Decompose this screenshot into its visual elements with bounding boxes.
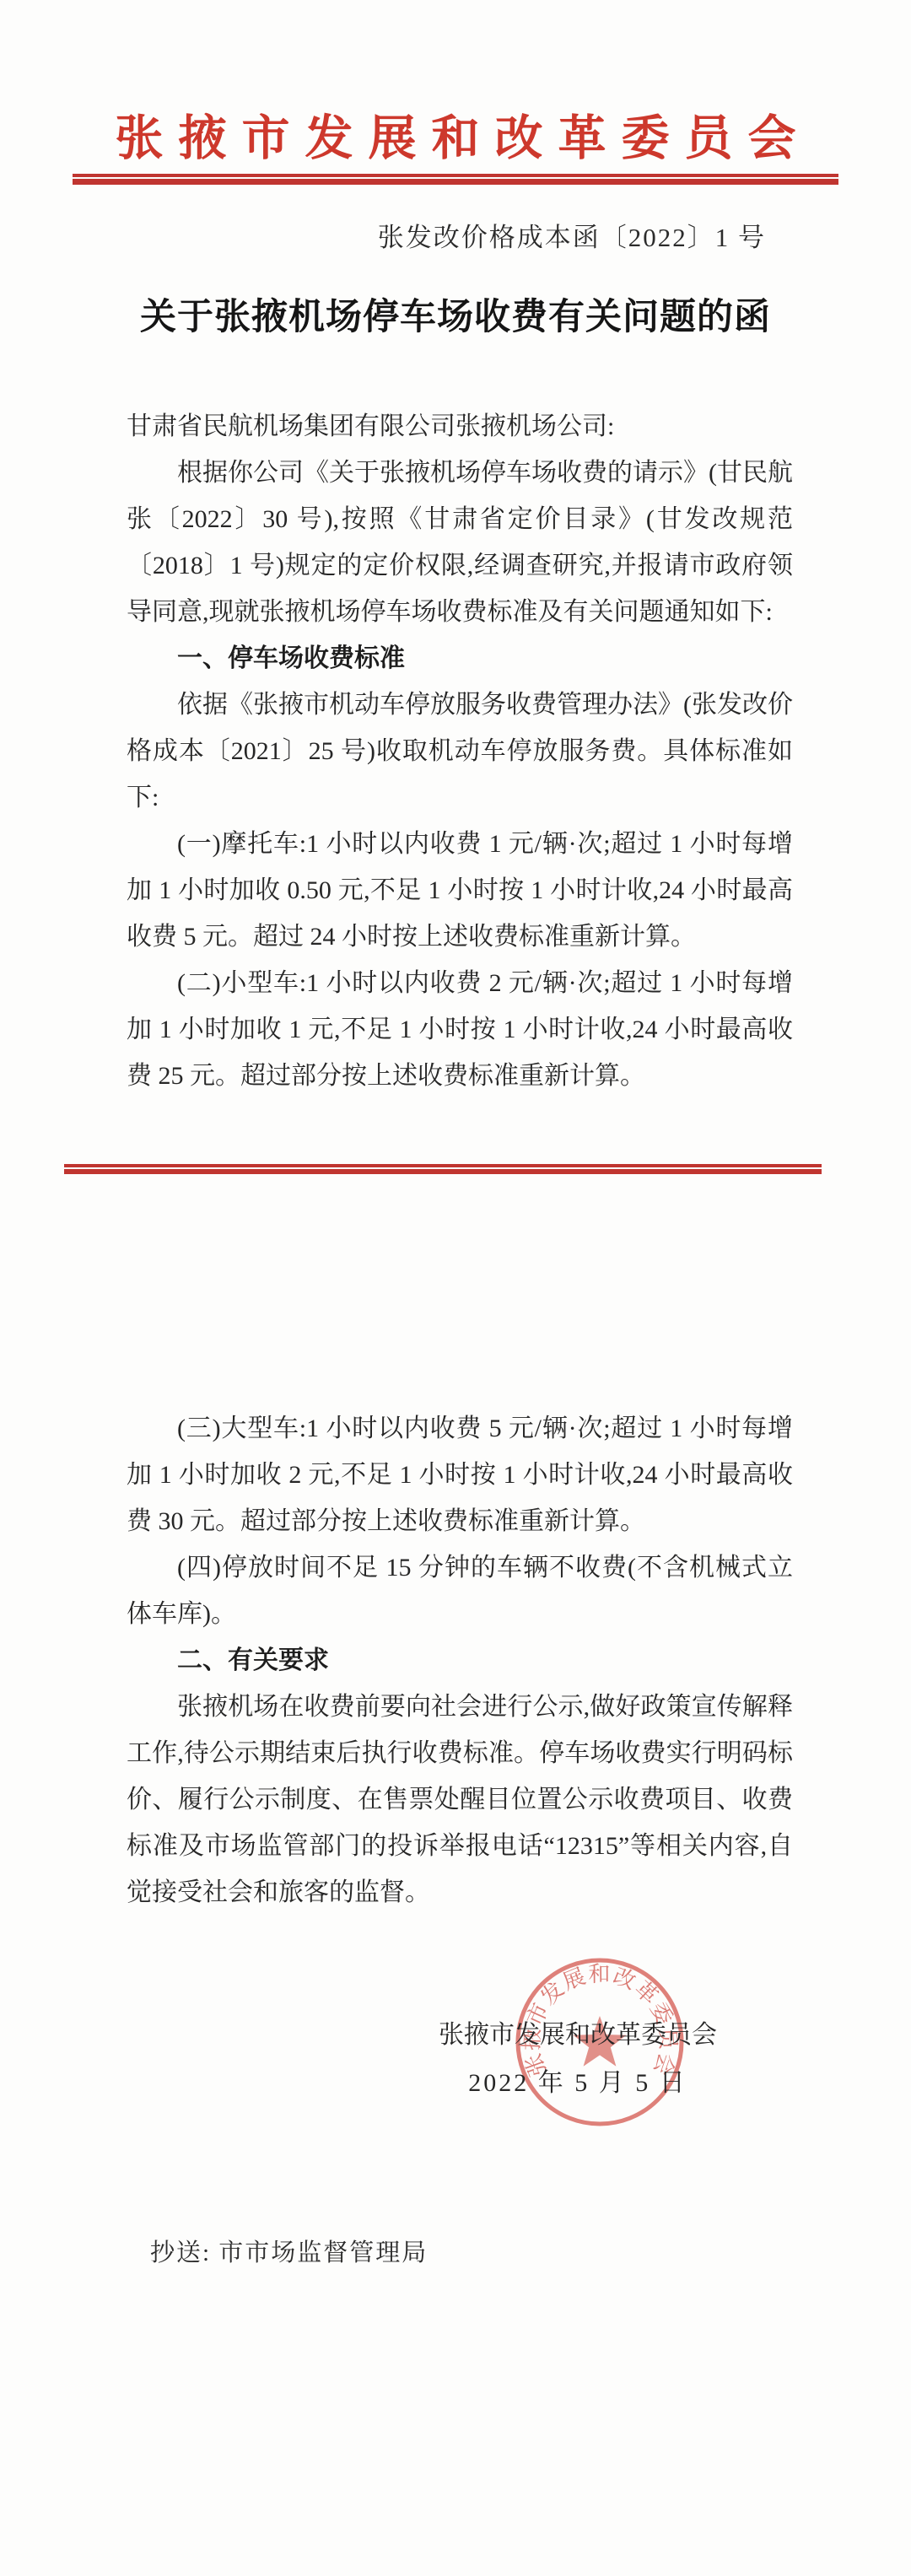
letterhead-org-name: 张掖市发展和改革委员会 <box>0 100 911 169</box>
document-page: 张掖市发展和改革委员会 张发改价格成本函〔2022〕1 号 关于张掖机场停车场收… <box>0 0 911 2576</box>
fee-item-free-15min: (四)停放时间不足 15 分钟的车辆不收费(不含机械式立体车库)。 <box>127 1544 793 1637</box>
document-title: 关于张掖机场停车场收费有关问题的函 <box>0 288 911 340</box>
fee-item-motorcycle: (一)摩托车:1 小时以内收费 1 元/辆·次;超过 1 小时每增加 1 小时加… <box>127 821 793 960</box>
page-separator-rule <box>64 1164 822 1174</box>
fee-item-large-vehicle: (三)大型车:1 小时以内收费 5 元/辆·次;超过 1 小时每增加 1 小时加… <box>127 1405 793 1544</box>
section-2-heading: 二、有关要求 <box>127 1637 793 1684</box>
body-part-1: 甘肃省民航机场集团有限公司张掖机场公司: 根据你公司《关于张掖机场停车场收费的请… <box>127 403 793 1099</box>
doc-reference-number: 张发改价格成本函〔2022〕1 号 <box>0 216 911 254</box>
signature-block: 张掖市发展和改革委员会 2022 年 5 月 5 日 <box>380 2011 776 2107</box>
section-1-heading: 一、停车场收费标准 <box>127 635 793 682</box>
salutation-line: 甘肃省民航机场集团有限公司张掖机场公司: <box>127 403 793 450</box>
signature-date: 2022 年 5 月 5 日 <box>380 2059 776 2107</box>
body-part-2: (三)大型车:1 小时以内收费 5 元/辆·次;超过 1 小时每增加 1 小时加… <box>127 1405 793 1916</box>
body-paragraph-requirements: 张掖机场在收费前要向社会进行公示,做好政策宣传解释工作,待公示期结束后执行收费标… <box>127 1684 793 1916</box>
fee-item-small-vehicle: (二)小型车:1 小时以内收费 2 元/辆·次;超过 1 小时每增加 1 小时加… <box>127 960 793 1099</box>
letterhead-divider <box>73 174 838 185</box>
body-paragraph-basis: 依据《张掖市机动车停放服务收费管理办法》(张发改价格成本〔2021〕25 号)收… <box>127 682 793 821</box>
signature-org: 张掖市发展和改革委员会 <box>380 2011 776 2059</box>
body-paragraph-intro: 根据你公司《关于张掖机场停车场收费的请示》(甘民航张〔2022〕30 号),按照… <box>127 450 793 635</box>
cc-recipients-line: 抄送: 市市场监督管理局 <box>150 2234 428 2268</box>
